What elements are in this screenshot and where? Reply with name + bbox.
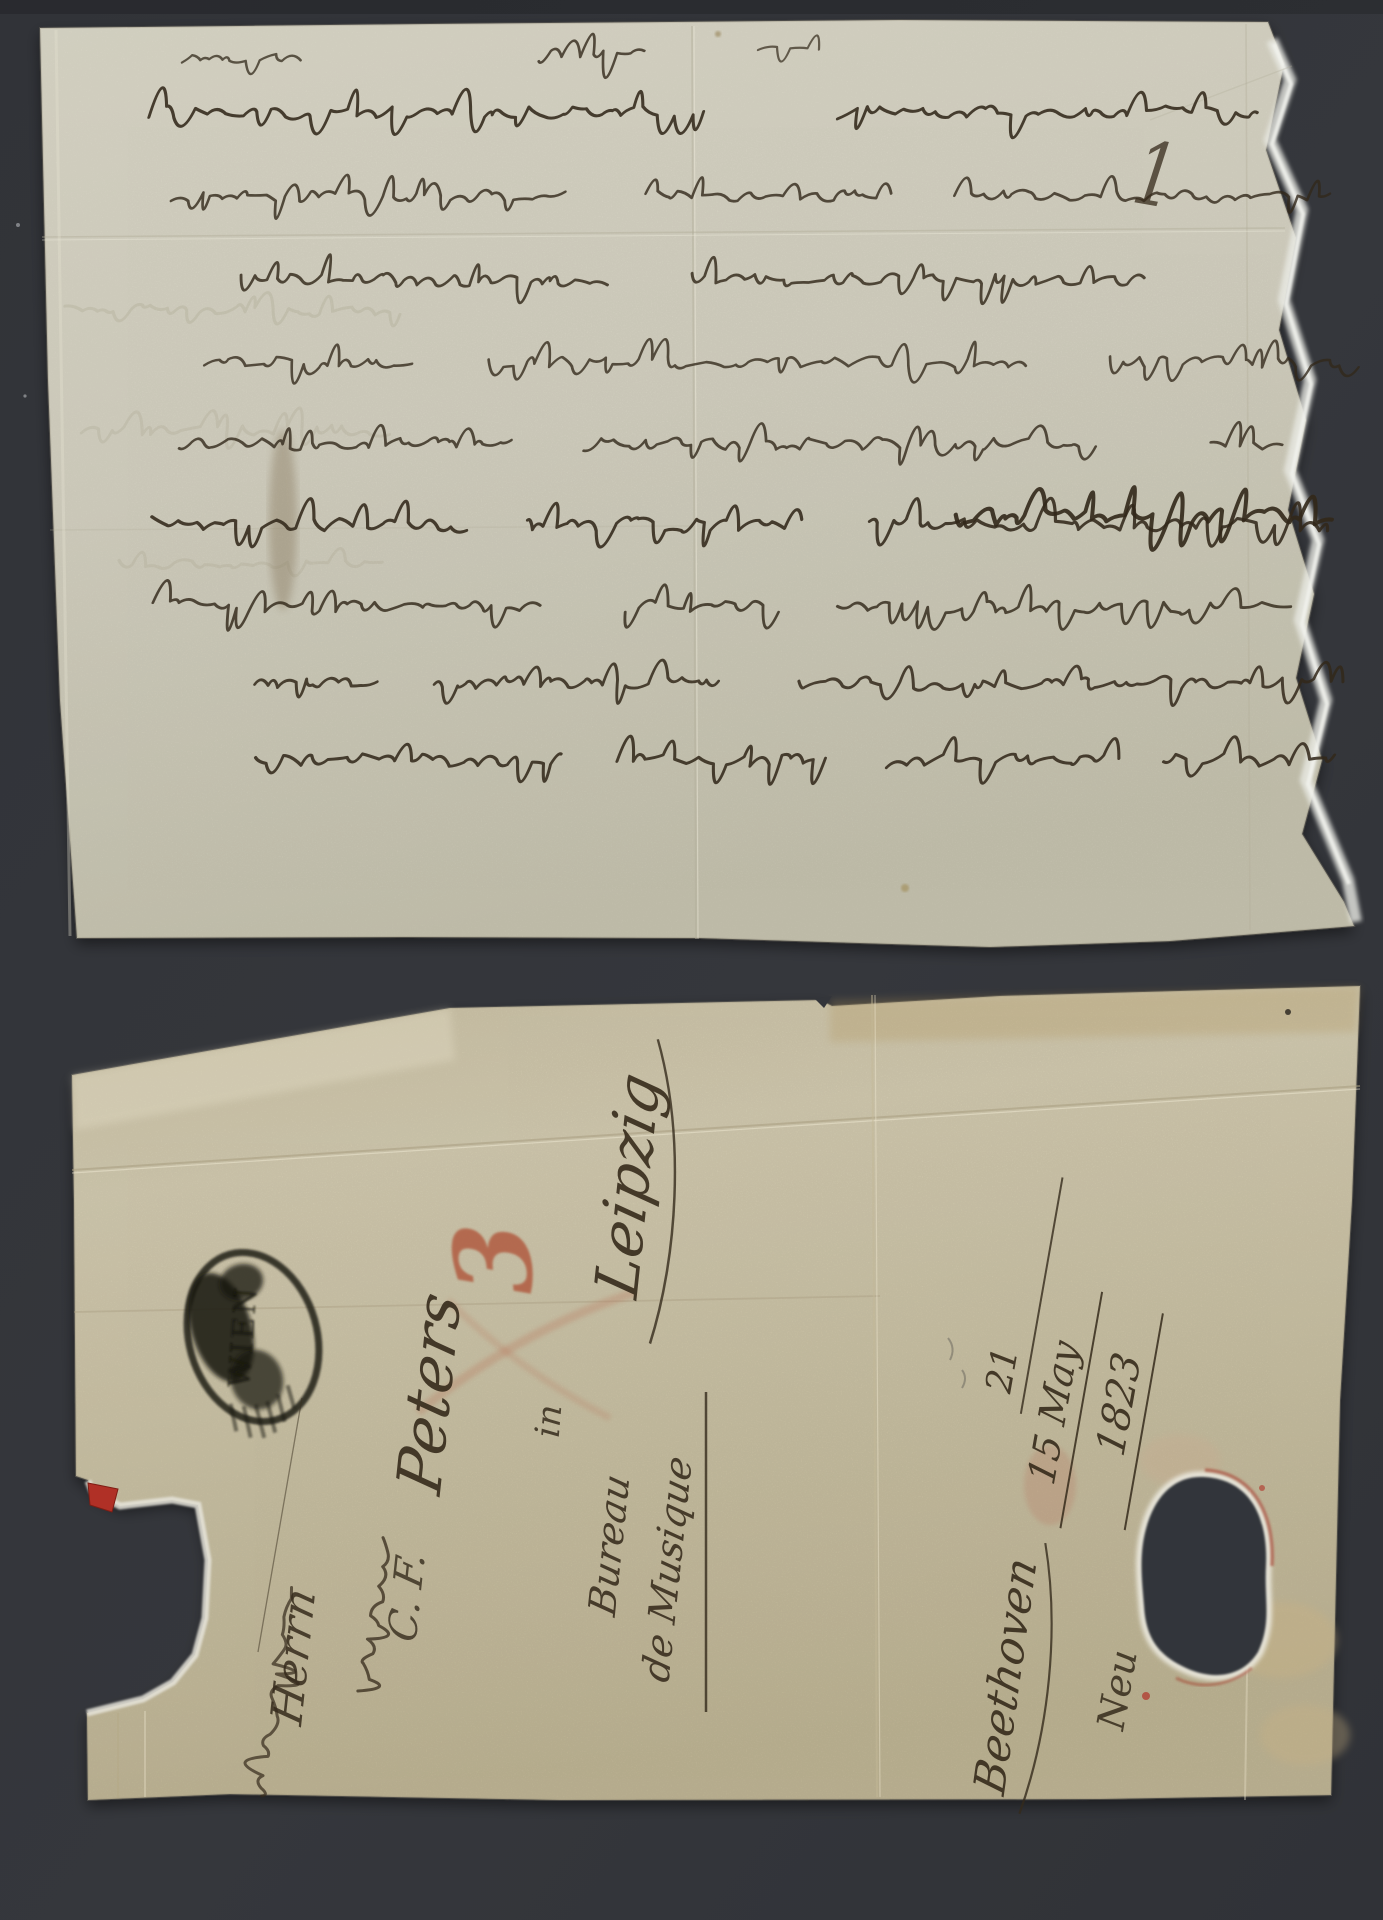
postmark-text: WIEN [222, 1284, 264, 1389]
address-page: WIEN 3 Herrn C. F. Peters in Leipzig Bur… [60, 980, 1370, 1817]
paper-hole-opening [1142, 1477, 1267, 1675]
mount-board-top-shade [0, 0, 1383, 14]
letter-page-fox-spot [901, 884, 909, 892]
wax-fleck-2 [1259, 1485, 1265, 1491]
address-page-ink-dot [1285, 1009, 1291, 1015]
wax-fleck-1 [1142, 1692, 1150, 1700]
photographed-letter-scene: 1 [0, 0, 1383, 1920]
letter-page-fox-spot-2 [715, 31, 721, 37]
annotation-number: 21 [978, 1344, 1027, 1397]
address-preposition: in [528, 1403, 571, 1439]
letter-page: 1 [30, 15, 1365, 955]
address-page-stain-2 [1260, 1705, 1350, 1765]
red-crayon-number: 3 [429, 1222, 558, 1296]
